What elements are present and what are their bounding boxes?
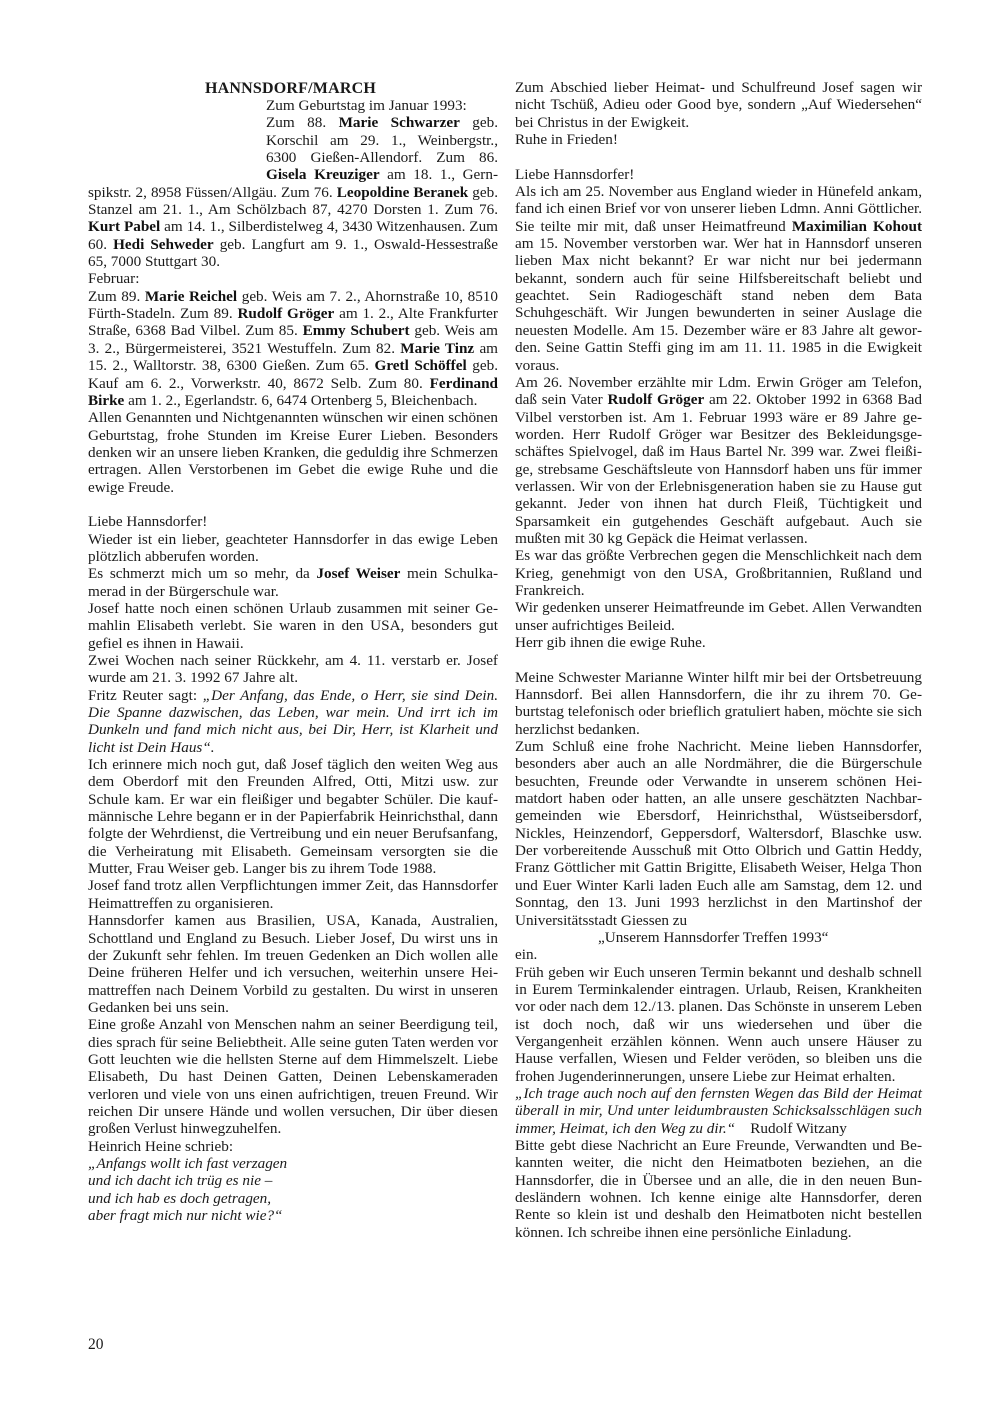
letter-paragraph: Als ich am 25. November aus England wied… <box>515 183 922 374</box>
letter-paragraph: Es war das größte Verbrechen gegen die M… <box>515 547 922 599</box>
letter-paragraph: Wir gedenken unserer Heimatfreunde im Ge… <box>515 599 922 634</box>
announcement-paragraph: Früh geben wir Euch unseren Termin bekan… <box>515 964 922 1085</box>
letter-closing: Herr gib ihnen die ewige Ruhe. <box>515 634 922 651</box>
announcement-paragraph: Bitte gebt diese Nachricht an Eure Freun… <box>515 1137 922 1241</box>
left-column: Zum Geburtstag im Januar 1993: Zum 88. M… <box>88 97 498 1224</box>
obituary-paragraph: Zwei Wochen nach seiner Rückkehr, am 4. … <box>88 652 498 687</box>
obituary-greeting: Liebe Hannsdorfer! <box>88 513 498 530</box>
announcement-paragraph: Zum Schluß eine frohe Nachricht. Meine l… <box>515 738 922 929</box>
heine-verse: „Anfangs wollt ich fast verzagen und ich… <box>88 1155 498 1224</box>
person-name: Josef Weiser <box>316 565 400 582</box>
right-column: Zum Abschied lieber Heimat- und Schulfre… <box>515 79 922 1241</box>
birthday-wishes: Allen Genannten und Nichtgenannten wünsc… <box>88 409 498 496</box>
witzany-quote: „Ich trage auch noch auf den fernsten We… <box>515 1085 922 1137</box>
person-name: Rudolf Gröger <box>607 391 704 408</box>
letter-greeting: Liebe Hannsdorfer! <box>515 166 922 183</box>
farewell-paragraph: Zum Abschied lieber Heimat- und Schulfre… <box>515 79 922 131</box>
obituary-paragraph: Eine große Anzahl von Menschen nahm an s… <box>88 1016 498 1137</box>
announcement-paragraph: Meine Schwester Marianne Winter hilft mi… <box>515 669 922 738</box>
reuter-quote: Fritz Reuter sagt: „Der Anfang, das Ende… <box>88 687 498 756</box>
rest-in-peace: Ruhe in Frieden! <box>515 131 922 148</box>
february-label: Februar: <box>88 270 498 287</box>
person-name: Maximili­an Kohout <box>792 218 922 235</box>
obituary-paragraph: Wieder ist ein lieber, geachteter Hannsd… <box>88 531 498 566</box>
obituary-paragraph: Ich erinnere mich noch gut, daß Josef tä… <box>88 756 498 877</box>
section-heading: HANNSDORF/MARCH <box>205 80 376 98</box>
obituary-paragraph: Hannsdorfer kamen aus Brasilien, USA, Ka… <box>88 912 498 1016</box>
heine-intro: Heinrich Heine schrieb: <box>88 1138 498 1155</box>
obituary-paragraph: Josef fand trotz allen Verpflichtungen i… <box>88 877 498 912</box>
obituary-paragraph: Josef hatte noch einen schönen Urlaub zu… <box>88 600 498 652</box>
letter-paragraph: Am 26. November erzählte mir Ldm. Erwin … <box>515 374 922 547</box>
obituary-paragraph: Es schmerzt mich um so mehr, da Josef We… <box>88 565 498 600</box>
page-number: 20 <box>88 1336 104 1354</box>
announcement-end: ein. <box>515 946 922 963</box>
image-spacer <box>88 97 266 183</box>
quote-author: Rudolf Witzany <box>750 1120 847 1137</box>
february-birthdays: Zum 89. Marie Reichel geb. Weis am 7. 2.… <box>88 288 498 409</box>
event-title: „Unserem Hannsdorfer Treffen 1993“ <box>515 929 922 946</box>
